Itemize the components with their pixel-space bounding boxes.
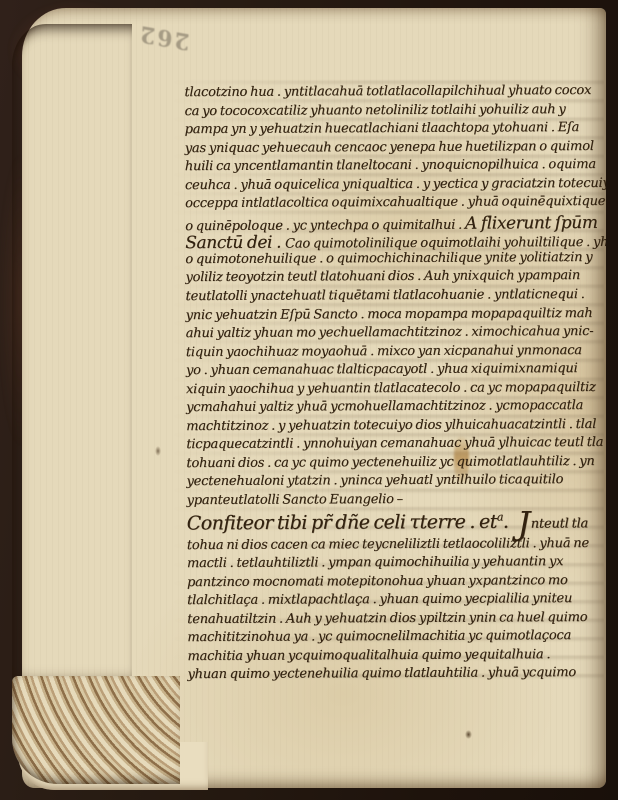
heading-period: . [503, 510, 509, 532]
text-line-with-latin-quote: Sanctū dei . Cao quimotolinilique oquimo… [185, 231, 606, 252]
page-stack-bottom-curve [12, 676, 180, 784]
text-line: tohua ni dios cacen ca miec teycnelilizt… [187, 535, 606, 556]
text-line: pantzinco mocnomati motepitonohua yhuan … [187, 573, 606, 594]
text-line: occeppa intlatlacoltica oquimixcahualtiq… [185, 194, 606, 215]
text-line: yo . yhuan cemanahuac tlalticpacayotl . … [186, 361, 606, 382]
heading-continuation: nteutl tla [531, 516, 588, 531]
text-line: huili ca yncentlamantin tlaneltocani . y… [185, 157, 606, 178]
text-line: pampa yn y yehuatzin huecatlachiani tlaa… [185, 120, 606, 141]
latin-quote: A flixerunt ſpūm [465, 213, 598, 234]
text-line: ynic yehuatzin Eſpū Sancto . moca mopamp… [186, 305, 606, 326]
text-line: machitia yhuan ycquimoqualitalhuia quimo… [187, 647, 606, 668]
text-line: yoliliz teoyotzin teutl tlatohuani dios … [185, 268, 606, 289]
text-line: tlalchitlaça . mixtlapachtlaça . yhuan q… [187, 591, 606, 612]
text-line-with-latin-quote: o quinēpoloque . yc yntechpa o quimitalh… [185, 213, 606, 234]
text-line: xiquin yaochihua y yehuantin tlatlacatec… [186, 380, 606, 401]
text-line: tlacotzino hua . yntitlacahuā totlatlaco… [184, 83, 606, 104]
heading-latin-incipit: Confiteor tibi pr̃ dñe celi τterre . et [187, 510, 497, 534]
folio-pencil-mark: 262 [137, 19, 190, 54]
text-block: tlacotzino hua . yntitlacahuā totlatlaco… [184, 83, 606, 686]
ink-speck [155, 446, 161, 456]
text-line: machititzinohua ya . yc quimocnelilmachi… [187, 628, 606, 649]
text-line: machtitzinoz . y yehuatzin totecuiyo dio… [186, 417, 606, 438]
manuscript-photo: 262 tlacotzino hua . yntitlacahuā totlat… [0, 0, 618, 800]
text-line: teutlatolli ynactehuatl tiquētami tlatla… [185, 287, 606, 308]
text-line: ticpaquecatzintli . ynnohuiyan cemanahua… [186, 435, 606, 456]
text-line: ceuhca . yhuā oquicelica yniqualtica . y… [185, 176, 606, 197]
text-line: mactli . tetlauhtiliztli . ympan quimoch… [187, 554, 606, 575]
latin-quote: Sanctū dei . [185, 233, 285, 254]
text-line: o quimotonehuilique . o quimochichinachi… [185, 250, 606, 271]
text-line: ycmahahui yaltiz yhuā ycmohuellamachtitz… [186, 398, 606, 419]
fore-edge-page-stack [12, 24, 132, 684]
text-line: yhuan quimo yectenehuilia quimo tlatlauh… [187, 665, 606, 686]
text-line: tenahuatiltzin . Auh y yehuatzin dios yp… [187, 610, 606, 631]
text-line: ca yo tococoxcatiliz yhuanto netoliniliz… [185, 101, 606, 122]
text-line: yas yniquac yehuecauh cencaoc yenepa hue… [185, 139, 606, 160]
section-heading: Confiteor tibi pr̃ dñe celi τterre . eta… [187, 509, 606, 537]
text-line: yectenehualoni ytatzin . yninca yehuatl … [186, 472, 606, 493]
ink-speck [465, 730, 472, 739]
text-line: tohuani dios . ca yc quimo yectenehuiliz… [186, 454, 606, 475]
text-line: ypanteutlatolli Sancto Euangelio – [187, 491, 606, 512]
text-line: ahui yaltiz yhuan mo yechuellamachtitzin… [186, 324, 606, 345]
text-line: tiquin yaochihuaz moyaohuā . mixco yan x… [186, 343, 606, 364]
